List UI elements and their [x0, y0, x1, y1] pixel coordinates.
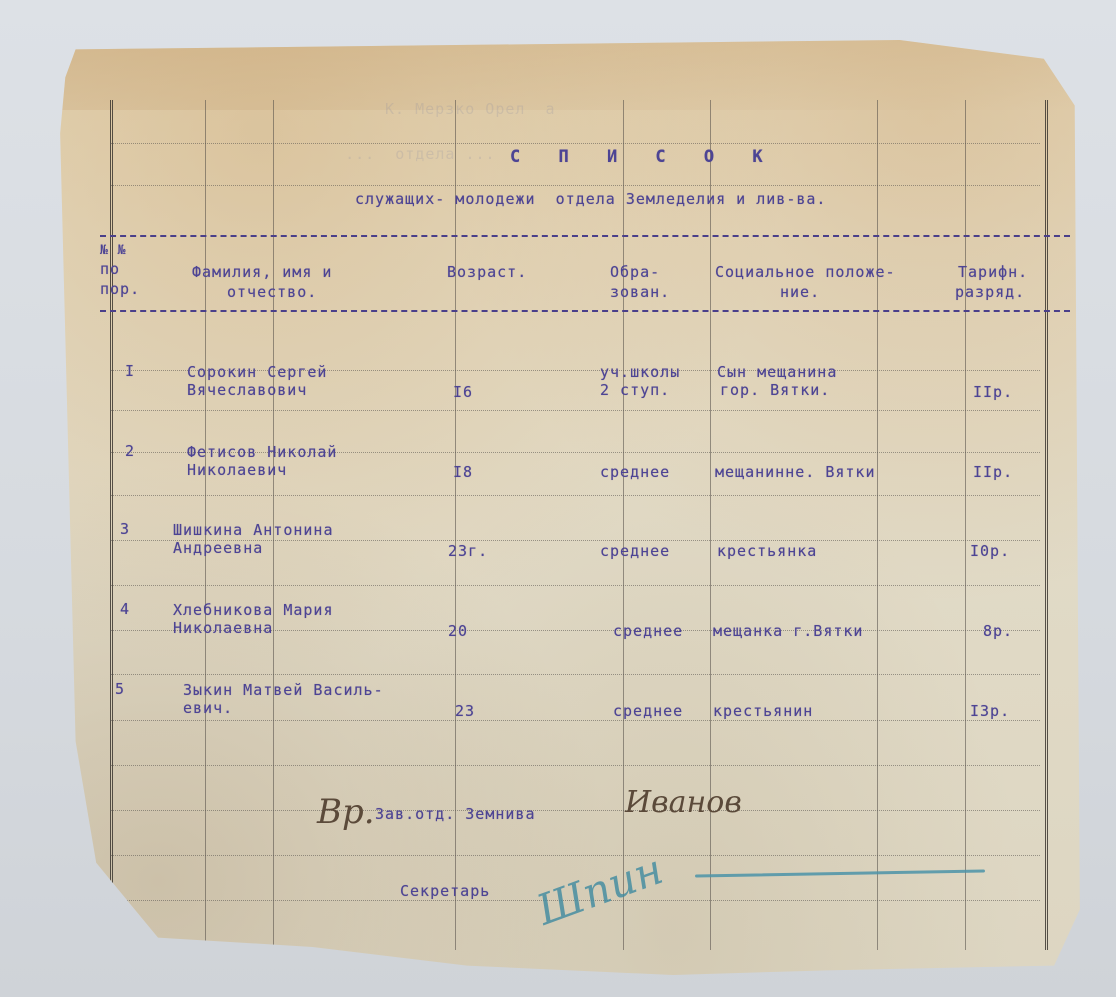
row-edu-line2: 2 ступ.	[600, 381, 670, 399]
row-name-line2: Вячеславович	[187, 381, 307, 399]
bleed-through-text: К. Мерзко Орел а	[385, 100, 556, 118]
header-bottom-rule	[100, 310, 1070, 312]
paper-fold	[55, 40, 1085, 110]
row-tariff: I0р.	[970, 542, 1010, 560]
column-rule	[710, 100, 711, 950]
header-top-rule	[100, 235, 1070, 237]
row-name-line2: Николаевна	[173, 619, 273, 637]
header-social-line1: Социальное положе-	[715, 263, 896, 281]
row-number: 5	[115, 680, 125, 698]
row-name-line1: Хлебникова Мария	[173, 601, 334, 619]
row-social: крестьянин	[713, 702, 813, 720]
row-age: 20	[448, 622, 468, 640]
row-social: мещанка г.Вятки	[713, 622, 863, 640]
signature-underline	[695, 869, 985, 877]
row-tariff: IIр.	[973, 463, 1013, 481]
header-tariff-line1: Тарифн.	[958, 263, 1028, 281]
row-edu: среднее	[613, 622, 683, 640]
column-rule	[877, 100, 878, 950]
handwritten-mark: Вр.	[317, 792, 375, 832]
row-name-line1: Сорокин Сергей	[187, 363, 327, 381]
row-age: 23	[455, 702, 475, 720]
row-social: мещанинне. Вятки	[715, 463, 876, 481]
header-edu-line2: зован.	[610, 283, 670, 301]
row-name-line1: Шишкина Антонина	[173, 521, 334, 539]
column-rule	[623, 100, 624, 950]
row-name-line2: евич.	[183, 699, 233, 717]
row-number: I	[125, 362, 135, 380]
right-margin-rule	[1045, 100, 1048, 950]
row-number: 4	[120, 600, 130, 618]
row-edu: среднее	[600, 463, 670, 481]
row-edu: среднее	[613, 702, 683, 720]
left-margin-rule	[110, 100, 113, 950]
bleed-through-text: ... отдела ...	[315, 145, 496, 163]
row-name-line1: Зыкин Матвей Василь-	[183, 681, 384, 699]
document-subtitle: служащих- молодежи отдела Земледелия и л…	[355, 190, 826, 208]
row-number: 2	[125, 442, 135, 460]
row-age: 23г.	[448, 542, 488, 560]
column-rule	[965, 100, 966, 950]
row-tariff: 8р.	[983, 622, 1013, 640]
header-name-line2: отчество.	[227, 283, 317, 301]
header-edu-line1: Обра-	[610, 263, 660, 281]
row-number: 3	[120, 520, 130, 538]
document-paper: К. Мерзко Орел а ... отдела ... С П И С …	[55, 40, 1085, 975]
row-social-line1: Сын мещанина	[717, 363, 837, 381]
row-edu-line1: уч.школы	[600, 363, 680, 381]
header-num-symbol: № №	[100, 242, 126, 260]
header-num-line2: по	[100, 260, 120, 278]
secretary-signature: Шпин	[531, 844, 670, 934]
header-age: Возраст.	[447, 263, 527, 281]
head-title: Зав.отд. Земнива	[375, 805, 536, 823]
header-tariff-line2: разряд.	[955, 283, 1025, 301]
row-tariff: I3р.	[970, 702, 1010, 720]
header-social-line2: ние.	[780, 283, 820, 301]
row-age: I8	[453, 463, 473, 481]
row-social-line2: гор. Вятки.	[720, 381, 830, 399]
secretary-title: Секретарь	[400, 882, 490, 900]
document-title: С П И С О К	[510, 148, 777, 166]
row-name-line1: Фетисов Николай	[187, 443, 337, 461]
row-social: крестьянка	[717, 542, 817, 560]
header-num-line3: пор.	[100, 280, 140, 298]
row-name-line2: Андреевна	[173, 539, 263, 557]
row-name-line2: Николаевич	[187, 461, 287, 479]
row-age: I6	[453, 383, 473, 401]
row-tariff: IIр.	[973, 383, 1013, 401]
row-edu: среднее	[600, 542, 670, 560]
head-signature: Иванов	[625, 785, 742, 820]
header-name-line1: Фамилия, имя и	[192, 263, 332, 281]
